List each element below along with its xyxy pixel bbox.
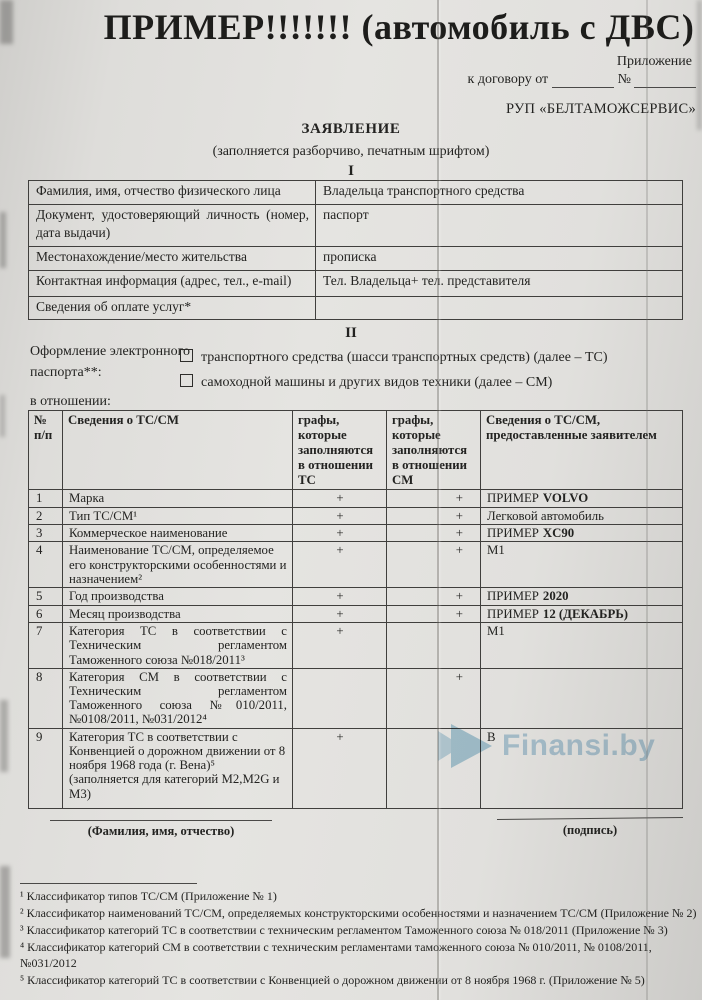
row-number: 7 bbox=[29, 623, 63, 669]
row-label: Категория СМ в соответствии с Технически… bbox=[63, 668, 293, 728]
row-number: 6 bbox=[29, 606, 63, 623]
row-label: Месяц производства bbox=[63, 606, 293, 623]
table-row: Местонахождение/место жительства прописк… bbox=[29, 247, 683, 271]
row-value: ПРИМЕРXC90 bbox=[481, 525, 683, 542]
row-tc-mark: + bbox=[293, 508, 387, 525]
row-label: Наименование ТС/СМ, определяемое его кон… bbox=[63, 542, 293, 588]
vehicle-table: № п/п Сведения о ТС/СМ графы, которые за… bbox=[28, 410, 683, 809]
applicant-row-label: Сведения об оплате услуг* bbox=[29, 297, 316, 320]
applicant-table: Фамилия, имя, отчество физического лица … bbox=[28, 180, 683, 320]
table-row: 4 Наименование ТС/СМ, определяемое его к… bbox=[29, 542, 683, 588]
col-header-cm: графы, которые заполняются в отношении С… bbox=[387, 411, 481, 490]
col-header-provided: Сведения о ТС/СМ, предоставленные заявит… bbox=[481, 411, 683, 490]
scan-edge-smudge bbox=[0, 866, 10, 958]
cm-checkbox[interactable] bbox=[180, 374, 193, 387]
applicant-row-value: Владельца транспортного средства bbox=[316, 181, 683, 205]
table-row: Контактная информация (адрес, тел., e-ma… bbox=[29, 271, 683, 297]
row-value: ПРИМЕР12 (ДЕКАБРЬ) bbox=[481, 606, 683, 623]
table-row: 1 Марка + + ПРИМЕРVOLVO bbox=[29, 490, 683, 508]
row-cm-mark: + bbox=[387, 508, 481, 525]
row-cm-mark bbox=[387, 728, 481, 808]
relation-label: в отношении: bbox=[30, 394, 111, 410]
row-tc-mark: + bbox=[293, 490, 387, 508]
row-label: Коммерческое наименование bbox=[63, 525, 293, 542]
contract-number-sign: № bbox=[618, 72, 631, 87]
page-title: ПРИМЕР!!!!!!! (автомобиль с ДВС) bbox=[100, 6, 698, 48]
row-tc-mark: + bbox=[293, 588, 387, 606]
row-label: Год производства bbox=[63, 588, 293, 606]
row-cm-mark: + bbox=[387, 490, 481, 508]
checkbox-row-tc: транспортного средства (шасси транспортн… bbox=[180, 349, 690, 366]
signature-name-line bbox=[50, 820, 272, 821]
row-value bbox=[481, 668, 683, 728]
row-tc-mark: + bbox=[293, 623, 387, 669]
row-cm-mark: + bbox=[387, 542, 481, 588]
section-1-label: I bbox=[0, 163, 702, 180]
scan-edge-smudge bbox=[0, 212, 6, 268]
scan-edge-smudge bbox=[0, 395, 5, 437]
organization-name: РУП «БЕЛТАМОЖСЕРВИС» bbox=[506, 101, 696, 118]
applicant-row-label: Фамилия, имя, отчество физического лица bbox=[29, 181, 316, 205]
applicant-row-label: Контактная информация (адрес, тел., e-ma… bbox=[29, 271, 316, 297]
attachment-label: Приложение bbox=[617, 54, 692, 70]
row-number: 5 bbox=[29, 588, 63, 606]
signature-name-caption: (Фамилия, имя, отчество) bbox=[50, 824, 272, 839]
applicant-row-label: Документ, удостоверяющий личность (номер… bbox=[29, 205, 316, 247]
table-row: 5 Год производства + + ПРИМЕР2020 bbox=[29, 588, 683, 606]
row-label: Категория ТС в соответствии с Конвенцией… bbox=[63, 728, 293, 808]
signature-sign-caption: (подпись) bbox=[497, 823, 683, 838]
row-cm-mark: + bbox=[387, 606, 481, 623]
row-number: 9 bbox=[29, 728, 63, 808]
scanned-application-form: { "document": { "title": "ПРИМЕР!!!!!!! … bbox=[0, 0, 702, 1000]
contract-number-blank bbox=[634, 74, 696, 88]
form-title: ЗАЯВЛЕНИЕ bbox=[0, 121, 702, 138]
table-row: 9 Категория ТС в соответствии с Конвенци… bbox=[29, 728, 683, 808]
footnote-separator bbox=[20, 883, 197, 884]
contract-line: к договору от № bbox=[468, 72, 696, 88]
row-cm-mark: + bbox=[387, 588, 481, 606]
row-cm-mark: + bbox=[387, 525, 481, 542]
row-value: ПРИМЕРVOLVO bbox=[481, 490, 683, 508]
footnotes: ¹ Классификатор типов ТС/СМ (Приложение … bbox=[20, 888, 699, 989]
table-row: 7 Категория ТС в соответствии с Техничес… bbox=[29, 623, 683, 669]
row-label: Марка bbox=[63, 490, 293, 508]
footnote-5: ⁵ Классификатор категорий ТС в соответст… bbox=[20, 972, 699, 988]
table-row: 6 Месяц производства + + ПРИМЕР12 (ДЕКАБ… bbox=[29, 606, 683, 623]
table-row: Фамилия, имя, отчество физического лица … bbox=[29, 181, 683, 205]
row-cm-mark bbox=[387, 623, 481, 669]
checkbox-row-cm: самоходной машины и других видов техники… bbox=[180, 374, 690, 391]
row-number: 2 bbox=[29, 508, 63, 525]
scan-edge-smudge bbox=[0, 700, 8, 772]
contract-prefix: к договору от bbox=[468, 72, 549, 87]
row-value: ПРИМЕР2020 bbox=[481, 588, 683, 606]
cm-checkbox-label: самоходной машины и других видов техники… bbox=[201, 375, 552, 390]
applicant-row-value: прописка bbox=[316, 247, 683, 271]
row-value: M1 bbox=[481, 623, 683, 669]
signature-sign-line bbox=[497, 817, 683, 820]
row-tc-mark: + bbox=[293, 542, 387, 588]
col-header-num: № п/п bbox=[29, 411, 63, 490]
footnote-2: ² Классификатор наименований ТС/СМ, опре… bbox=[20, 905, 699, 921]
tc-checkbox-label: транспортного средства (шасси транспортн… bbox=[201, 350, 608, 365]
applicant-row-value: Тел. Владельца+ тел. представителя bbox=[316, 271, 683, 297]
table-row: Документ, удостоверяющий личность (номер… bbox=[29, 205, 683, 247]
table-row: 3 Коммерческое наименование + + ПРИМЕРXC… bbox=[29, 525, 683, 542]
row-value: B bbox=[481, 728, 683, 808]
applicant-row-value bbox=[316, 297, 683, 320]
row-tc-mark: + bbox=[293, 525, 387, 542]
applicant-row-label: Местонахождение/место жительства bbox=[29, 247, 316, 271]
table-row: 8 Категория СМ в соответствии с Техничес… bbox=[29, 668, 683, 728]
table-header-row: № п/п Сведения о ТС/СМ графы, которые за… bbox=[29, 411, 683, 490]
row-tc-mark bbox=[293, 668, 387, 728]
form-note: (заполняется разборчиво, печатным шрифто… bbox=[0, 144, 702, 160]
table-row: 2 Тип ТС/СМ¹ + + Легковой автомобиль bbox=[29, 508, 683, 525]
col-header-tc: графы, которые заполняются в отношении Т… bbox=[293, 411, 387, 490]
row-number: 4 bbox=[29, 542, 63, 588]
row-tc-mark: + bbox=[293, 728, 387, 808]
row-label: Категория ТС в соответствии с Технически… bbox=[63, 623, 293, 669]
contract-date-blank bbox=[552, 74, 614, 88]
section-2-label: II bbox=[0, 325, 702, 342]
row-label: Тип ТС/СМ¹ bbox=[63, 508, 293, 525]
row-number: 3 bbox=[29, 525, 63, 542]
footnote-3: ³ Классификатор категорий ТС в соответст… bbox=[20, 922, 699, 938]
tc-checkbox[interactable] bbox=[180, 349, 193, 362]
row-cm-mark: + bbox=[387, 668, 481, 728]
table-row: Сведения об оплате услуг* bbox=[29, 297, 683, 320]
footnote-4: ⁴ Классификатор категорий СМ в соответст… bbox=[20, 939, 699, 971]
col-header-info: Сведения о ТС/СМ bbox=[63, 411, 293, 490]
row-number: 8 bbox=[29, 668, 63, 728]
row-tc-mark: + bbox=[293, 606, 387, 623]
scan-edge-smudge bbox=[0, 0, 13, 44]
footnote-1: ¹ Классификатор типов ТС/СМ (Приложение … bbox=[20, 888, 699, 904]
row-value: Легковой автомобиль bbox=[481, 508, 683, 525]
row-number: 1 bbox=[29, 490, 63, 508]
row-value: M1 bbox=[481, 542, 683, 588]
applicant-row-value: паспорт bbox=[316, 205, 683, 247]
